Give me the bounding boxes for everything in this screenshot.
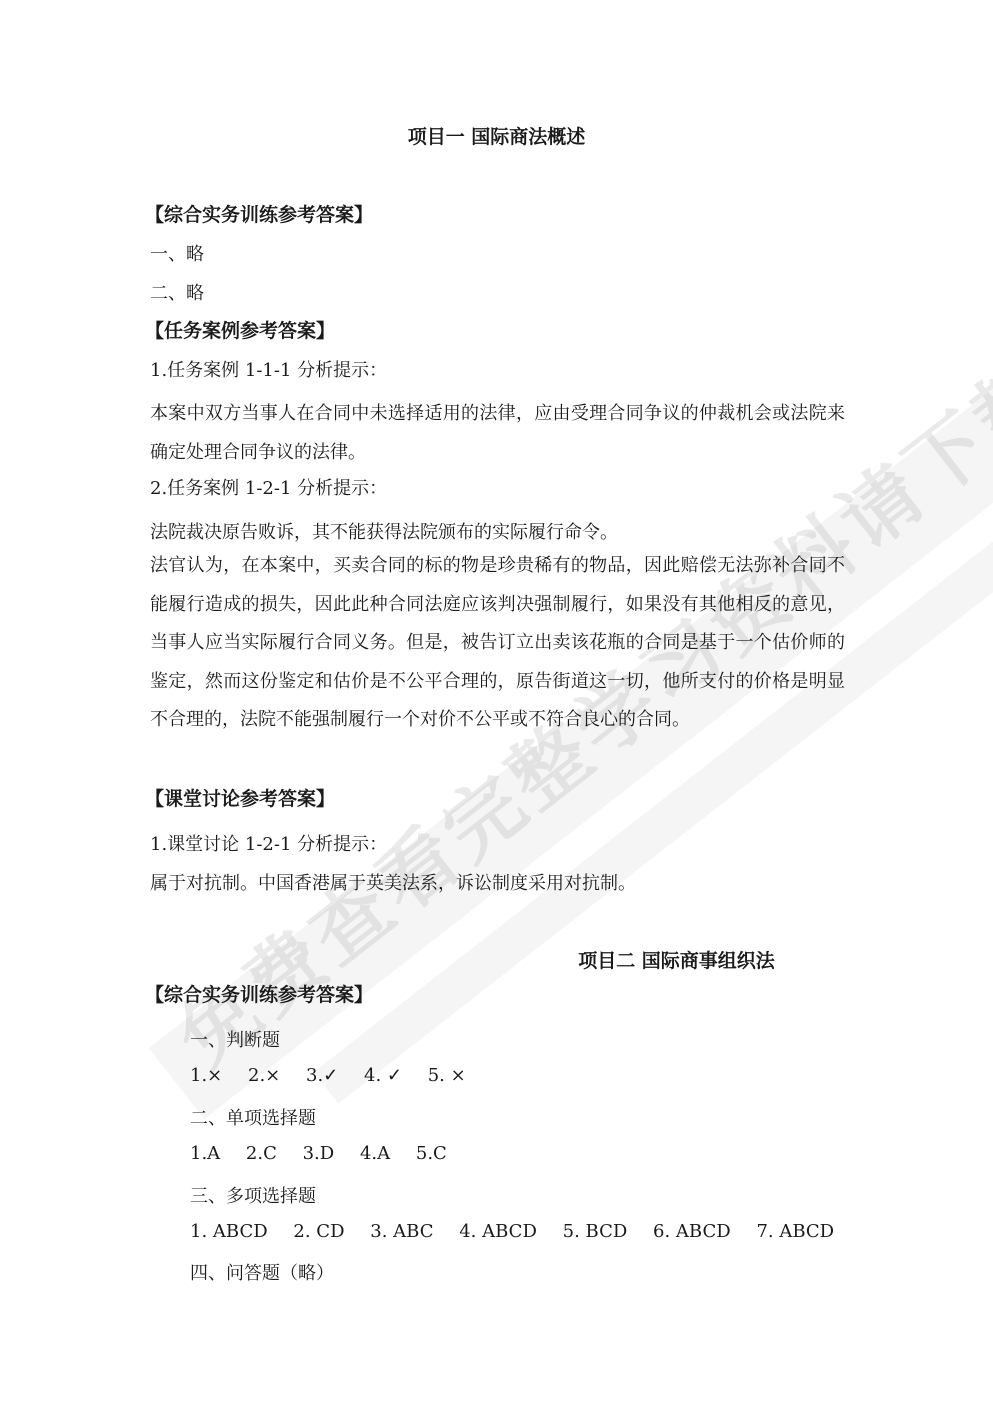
case-text: 本案中双方当事人在合同中未选择适用的法律，应由受理合同争议的仲裁机会或法院来确定… <box>150 395 845 472</box>
answer: 6. ABCD <box>653 1221 731 1242</box>
section-heading: 【综合实务训练参考答案】 <box>145 980 373 1007</box>
true-false-answers: 1.× 2.× 3.✓ 4. ✓ 5. × <box>190 1065 486 1086</box>
question-label: 四、问答题（略） <box>190 1259 334 1285</box>
question-label: 一、判断题 <box>190 1026 280 1052</box>
answer: 2.× <box>248 1065 280 1086</box>
section-heading: 【任务案例参考答案】 <box>145 316 335 343</box>
discussion-label: 1.课堂讨论 1-2-1 分析提示： <box>150 830 387 856</box>
project1-title: 项目一 国际商法概述 <box>0 122 993 149</box>
answer: 1. ABCD <box>190 1221 268 1242</box>
answer: 2.C <box>246 1143 277 1164</box>
single-choice-answers: 1.A 2.C 3.D 4.A 5.C <box>190 1143 467 1164</box>
case-text: 法院裁决原告败诉，其不能获得法院颁布的实际履行命令。 <box>150 518 618 544</box>
answer: 5.C <box>416 1143 447 1164</box>
discussion-text: 属于对抗制。中国香港属于英美法系，诉讼制度采用对抗制。 <box>150 869 636 895</box>
case-label: 2.任务案例 1-2-1 分析提示： <box>150 474 387 500</box>
question-label: 二、单项选择题 <box>190 1104 316 1130</box>
answer: 4. ABCD <box>459 1221 537 1242</box>
case-label: 1.任务案例 1-1-1 分析提示： <box>150 356 387 382</box>
case-text: 法官认为，在本案中，买卖合同的标的物是珍贵稀有的物品，因此赔偿无法弥补合同不能履… <box>150 547 845 740</box>
multi-choice-answers: 1. ABCD 2. CD 3. ABC 4. ABCD 5. BCD 6. A… <box>190 1221 854 1242</box>
answer: 1.× <box>190 1065 222 1086</box>
answer: 3. ABC <box>370 1221 433 1242</box>
answer: 3.D <box>303 1143 335 1164</box>
project2-title: 项目二 国际商事组织法 <box>180 946 993 973</box>
answer: 4.A <box>360 1143 390 1164</box>
section-heading: 【综合实务训练参考答案】 <box>145 200 373 227</box>
section-heading: 【课堂讨论参考答案】 <box>145 784 335 811</box>
answer-item: 二、略 <box>150 279 204 305</box>
answer: 7. ABCD <box>756 1221 834 1242</box>
answer: 5. BCD <box>563 1221 628 1242</box>
answer-item: 一、略 <box>150 240 204 266</box>
answer: 5. × <box>428 1065 466 1086</box>
answer: 1.A <box>190 1143 220 1164</box>
answer: 2. CD <box>293 1221 344 1242</box>
answer: 4. ✓ <box>364 1065 402 1086</box>
answer: 3.✓ <box>306 1065 338 1086</box>
question-label: 三、多项选择题 <box>190 1182 316 1208</box>
